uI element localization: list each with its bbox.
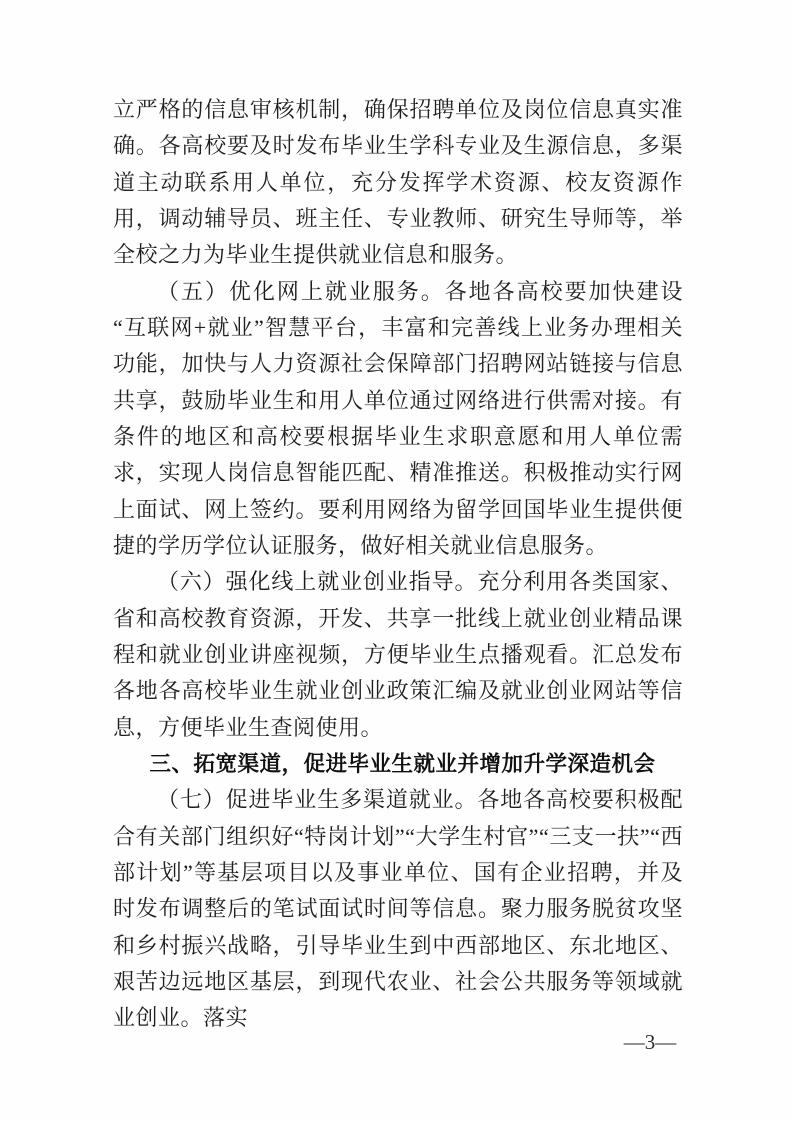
paragraph-item-7: （七）促进毕业生多渠道就业。各地各高校要积极配合有关部门组织好“特岗计划”“大学… [113, 782, 683, 1036]
paragraph-item-5: （五）优化网上就业服务。各地各高校要加快建设“互联网+就业”智慧平台，丰富和完善… [113, 274, 683, 565]
section-heading-3: 三、拓宽渠道，促进毕业生就业并增加升学深造机会 [113, 746, 683, 782]
page-number: —3— [613, 1027, 687, 1057]
item-6-text: 充分利用各类国家、省和高校教育资源，开发、共享一批线上就业创业精品课程和就业创业… [113, 569, 683, 739]
item-5-text: 各地各高校要加快建设“互联网+就业”智慧平台，丰富和完善线上业务办理相关功能，加… [113, 279, 683, 558]
paragraph-continuation: 立严格的信息审核机制，确保招聘单位及岗位信息真实准确。各高校要及时发布毕业生学科… [113, 92, 683, 274]
item-7-lead: （七）促进毕业生多渠道就业。 [157, 787, 477, 812]
document-page: 立严格的信息审核机制，确保招聘单位及岗位信息真实准确。各高校要及时发布毕业生学科… [0, 0, 793, 1122]
item-7-text: 各地各高校要积极配合有关部门组织好“特岗计划”“大学生村官”“三支一扶”“西部计… [113, 787, 683, 1030]
item-6-lead: （六）强化线上就业创业指导。 [157, 569, 477, 594]
document-body: 立严格的信息审核机制，确保招聘单位及岗位信息真实准确。各高校要及时发布毕业生学科… [113, 92, 683, 1037]
item-5-lead: （五）优化网上就业服务。 [157, 279, 445, 304]
paragraph-item-6: （六）强化线上就业创业指导。充分利用各类国家、省和高校教育资源，开发、共享一批线… [113, 564, 683, 746]
